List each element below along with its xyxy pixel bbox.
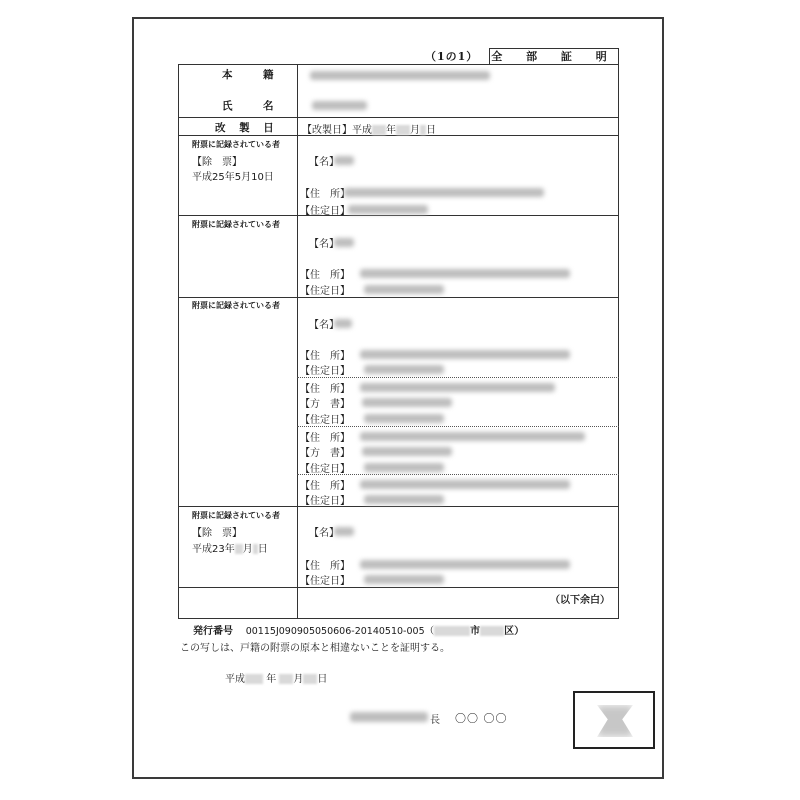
honseki-label: 本 籍 bbox=[222, 67, 284, 82]
redacted bbox=[344, 188, 544, 197]
date-label: 【住定日】 bbox=[300, 572, 350, 587]
date-label: 【住定日】 bbox=[300, 362, 350, 377]
certification-text: この写しは、戸籍の附票の原本と相違ないことを証明する。 bbox=[180, 639, 450, 654]
date-label: 【住定日】 bbox=[300, 282, 350, 297]
page-count: （1の1） bbox=[425, 48, 478, 64]
redacted-blank bbox=[420, 125, 426, 135]
redacted-blank bbox=[279, 674, 293, 684]
entry-header: 附票に記録されている者 bbox=[192, 219, 280, 230]
redacted-blank bbox=[253, 544, 258, 554]
redacted bbox=[364, 285, 444, 294]
date-day: 日 bbox=[317, 674, 327, 685]
entry-status: 【除 票】 bbox=[192, 524, 242, 539]
redacted-name bbox=[312, 101, 367, 110]
redacted-honseki bbox=[310, 71, 490, 80]
redacted bbox=[334, 319, 352, 328]
entry-date: 平成25年5月10日 bbox=[192, 168, 274, 183]
dotted-divider bbox=[297, 377, 619, 378]
city-suffix: 市 bbox=[470, 626, 480, 637]
date-year: 年 bbox=[266, 674, 276, 685]
katagaki-label: 【方 書】 bbox=[300, 395, 350, 410]
date-month: 月 bbox=[293, 674, 303, 685]
redacted-blank bbox=[303, 674, 317, 684]
redacted bbox=[360, 432, 585, 441]
entry-date: 平成23年月日 bbox=[192, 540, 268, 555]
date-day: 日 bbox=[258, 544, 268, 555]
redacted bbox=[334, 156, 354, 165]
kaisei-year: 年 bbox=[386, 125, 396, 136]
kaisei-month: 月 bbox=[410, 125, 420, 136]
official-name: 〇〇 〇〇 bbox=[455, 710, 508, 726]
end-note: （以下余白） bbox=[550, 591, 610, 606]
redacted-blank bbox=[396, 125, 410, 135]
issue-date: 平成 年 月日 bbox=[225, 670, 327, 685]
date-label: 【住定日】 bbox=[300, 492, 350, 507]
kaisei-label: 改 製 日 bbox=[215, 120, 279, 135]
entry-status: 【除 票】 bbox=[192, 153, 242, 168]
redacted-official-title bbox=[350, 712, 428, 722]
seal-icon bbox=[597, 705, 633, 737]
address-label: 【住 所】 bbox=[300, 380, 350, 395]
redacted bbox=[364, 365, 444, 374]
redacted-blank bbox=[235, 544, 243, 554]
dotted-divider bbox=[297, 426, 619, 427]
redacted-blank bbox=[434, 626, 470, 636]
entry-header: 附票に記録されている者 bbox=[192, 510, 280, 521]
redacted bbox=[364, 463, 444, 472]
redacted bbox=[334, 238, 354, 247]
date-month: 月 bbox=[243, 544, 253, 555]
official-seal-box bbox=[573, 691, 655, 749]
redacted bbox=[334, 527, 354, 536]
redacted bbox=[362, 398, 452, 407]
row-divider bbox=[178, 117, 619, 118]
redacted bbox=[360, 480, 570, 489]
kaisei-day: 日 bbox=[426, 125, 436, 136]
date-label: 【住定日】 bbox=[300, 202, 350, 217]
row-divider bbox=[178, 297, 619, 298]
entry-header: 附票に記録されている者 bbox=[192, 300, 280, 311]
redacted bbox=[364, 495, 444, 504]
entry-header: 附票に記録されている者 bbox=[192, 139, 280, 150]
ward-suffix: 区） bbox=[504, 626, 524, 637]
redacted bbox=[348, 205, 428, 214]
shimei-label: 氏 名 bbox=[222, 98, 284, 113]
kaisei-value: 【改製日】平成年月日 bbox=[302, 121, 436, 136]
date-era: 平成 bbox=[225, 674, 245, 685]
redacted bbox=[360, 269, 570, 278]
address-label: 【住 所】 bbox=[300, 347, 350, 362]
katagaki-label: 【方 書】 bbox=[300, 444, 350, 459]
date-prefix: 平成23年 bbox=[192, 544, 235, 555]
redacted bbox=[360, 560, 570, 569]
issue-number: 00115J090905050606-20140510-005（ bbox=[246, 626, 434, 637]
row-divider bbox=[178, 215, 619, 216]
date-label: 【住定日】 bbox=[300, 460, 350, 475]
redacted-blank bbox=[245, 674, 263, 684]
row-divider bbox=[178, 506, 619, 507]
redacted-blank bbox=[480, 626, 504, 636]
address-label: 【住 所】 bbox=[300, 429, 350, 444]
kaisei-prefix: 【改製日】平成 bbox=[302, 125, 372, 136]
redacted bbox=[360, 383, 555, 392]
redacted-blank bbox=[372, 125, 386, 135]
redacted bbox=[364, 575, 444, 584]
address-label: 【住 所】 bbox=[300, 557, 350, 572]
redacted bbox=[362, 447, 452, 456]
row-divider bbox=[178, 587, 619, 588]
column-divider bbox=[297, 64, 298, 619]
address-label: 【住 所】 bbox=[300, 477, 350, 492]
address-label: 【住 所】 bbox=[300, 185, 350, 200]
issue-label: 発行番号 bbox=[193, 626, 233, 637]
certificate-type-box: 全 部 証 明 bbox=[489, 48, 619, 65]
official-title-suffix: 長 bbox=[430, 711, 440, 726]
date-label: 【住定日】 bbox=[300, 411, 350, 426]
redacted bbox=[364, 414, 444, 423]
address-label: 【住 所】 bbox=[300, 266, 350, 281]
redacted bbox=[360, 350, 570, 359]
issue-number-line: 発行番号 00115J090905050606-20140510-005（市区） bbox=[193, 622, 524, 637]
